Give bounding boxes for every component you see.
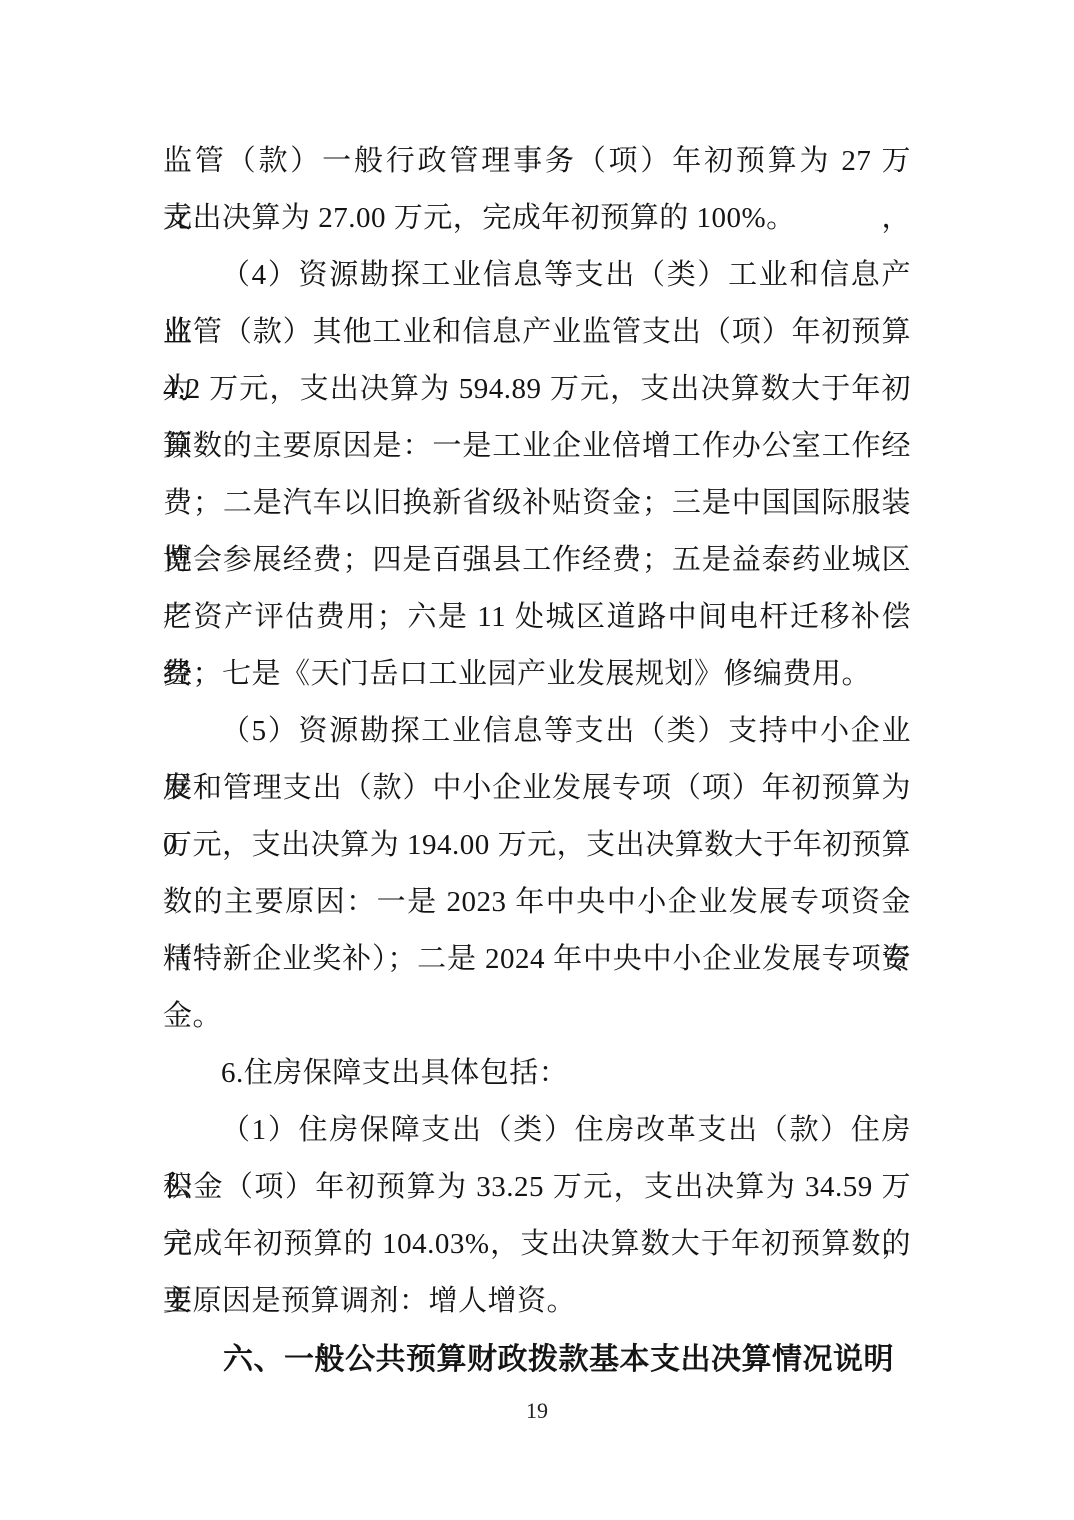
text-line: （5）资源勘探工业信息等支出（类）支持中小企业发	[163, 703, 911, 760]
text-line: 数的主要原因：一是 2023 年中央中小企业发展专项资金（专	[163, 874, 911, 931]
text-line: 费；二是汽车以旧换新省级补贴资金；三是中国国际服装博	[163, 475, 911, 532]
text-line: 厂资产评估费用；六是 11 处城区道路中间电杆迁移补偿经	[163, 589, 911, 646]
text-line: 览会参展经费；四是百强县工作经费；五是益泰药业城区老	[163, 532, 911, 589]
text-line: 精特新企业奖补）；二是 2024 年中央中小企业发展专项资	[163, 931, 911, 988]
page-number: 19	[0, 1398, 1074, 1424]
text-line: 积金（项）年初预算为 33.25 万元，支出决算为 34.59 万元，	[163, 1159, 911, 1216]
section-heading: 六、一般公共预算财政拨款基本支出决算情况说明	[163, 1330, 911, 1389]
text-line: 算数的主要原因是：一是工业企业倍增工作办公室工作经	[163, 418, 911, 475]
text-line: 万元，支出决算为 194.00 万元，支出决算数大于年初预算	[163, 817, 911, 874]
text-line: 4.2 万元，支出决算为 594.89 万元，支出决算数大于年初预	[163, 361, 911, 418]
text-line: 费；七是《天门岳口工业园产业发展规划》修编费用。	[163, 646, 911, 703]
text-line: 监管（款）一般行政管理事务（项）年初预算为 27 万元，	[163, 133, 911, 190]
text-line: 监管（款）其他工业和信息产业监管支出（项）年初预算为	[163, 304, 911, 361]
text-line: 完成年初预算的 104.03%，支出决算数大于年初预算数的主	[163, 1216, 911, 1273]
text-line: 要原因是预算调剂：增人增资。	[163, 1273, 911, 1330]
document-body: 监管（款）一般行政管理事务（项）年初预算为 27 万元， 支出决算为 27.00…	[163, 133, 911, 1389]
text-line: （4）资源勘探工业信息等支出（类）工业和信息产业	[163, 247, 911, 304]
text-line: 金。	[163, 988, 911, 1045]
text-line: （1）住房保障支出（类）住房改革支出（款）住房公	[163, 1102, 911, 1159]
text-line: 6.住房保障支出具体包括：	[163, 1045, 911, 1102]
text-line: 展和管理支出（款）中小企业发展专项（项）年初预算为 0	[163, 760, 911, 817]
document-page: 监管（款）一般行政管理事务（项）年初预算为 27 万元， 支出决算为 27.00…	[0, 0, 1074, 1520]
